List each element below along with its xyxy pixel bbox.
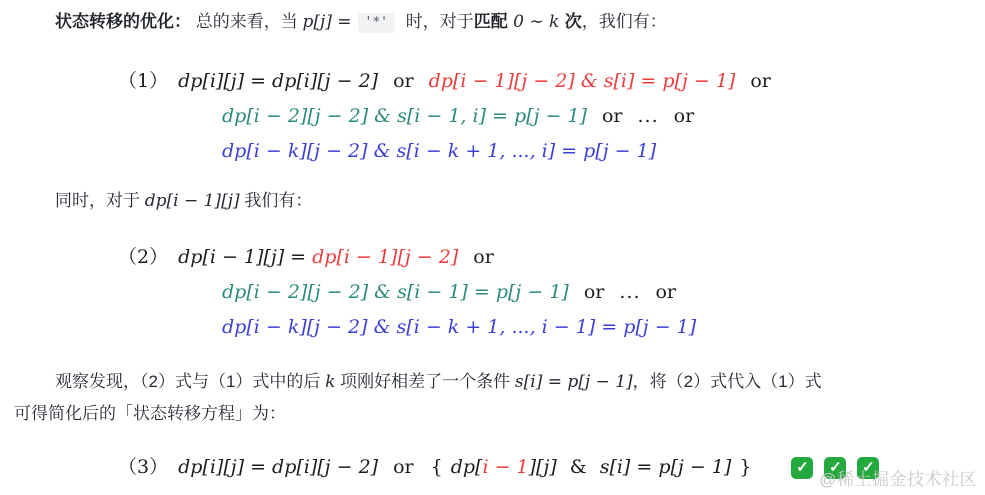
para1-math-pj: p[j] = <box>302 12 351 32</box>
para1-bold-match: 匹配 <box>474 12 508 31</box>
formula-1-term-red: dp[i − 1][j − 2] & s[i] = p[j − 1] <box>429 70 736 92</box>
paragraph-meanwhile: 同时，对于 dp[i − 1][j] 我们有： <box>14 189 971 213</box>
formula-3-dp-close: ][j] <box>529 456 557 478</box>
formula-2-term-blue: dp[i − k][j − 2] & s[i − k + 1, ..., i −… <box>222 316 696 338</box>
paragraph-observation: 观察发现，（2）式与（1）式中的后 k 项刚好相差了一个条件 s[i] = p[… <box>14 366 971 430</box>
formula-2-line-3: dp[i − k][j − 2] & s[i − k + 1, ..., i −… <box>222 310 971 345</box>
formula-1-line-3: dp[i − k][j − 2] & s[i − k + 1, ..., i] … <box>222 134 971 169</box>
open-brace: { <box>431 456 443 478</box>
inline-code-star: '*' <box>358 13 395 33</box>
formula-2: （2）dp[i − 1][j] = dp[i − 1][j − 2]or dp[… <box>14 240 971 345</box>
formula-2-line-1: （2）dp[i − 1][j] = dp[i − 1][j − 2]or <box>118 240 971 275</box>
para1-bold-times: 次 <box>565 12 582 31</box>
para1-text-2: 时，对于 <box>401 12 474 31</box>
or-word: or <box>584 281 605 303</box>
formula-1-term-black: dp[i][j] = dp[i][j − 2] <box>178 70 378 92</box>
or-word: or <box>393 70 414 92</box>
formula-2-term-red: dp[i − 1][j − 2] <box>312 246 458 268</box>
formula-2-term-teal: dp[i − 2][j − 2] & s[i − 1] = p[j − 1] <box>222 281 569 303</box>
para3-math-cond: s[i] = p[j − 1] <box>515 372 633 392</box>
formula-1-line-2: dp[i − 2][j − 2] & s[i − 1, i] = p[j − 1… <box>222 99 971 134</box>
formula-1: （1）dp[i][j] = dp[i][j − 2]ordp[i − 1][j … <box>14 64 971 169</box>
formula-1-term-teal: dp[i − 2][j − 2] & s[i − 1, i] = p[j − 1… <box>222 105 587 127</box>
or-word: or <box>393 456 414 478</box>
ellipsis: ... <box>638 105 659 127</box>
para1-math-0k: 0 ∼ k <box>508 12 565 32</box>
ampersand: & <box>570 456 587 478</box>
formula-2-line-2: dp[i − 2][j − 2] & s[i − 1] = p[j − 1]or… <box>222 275 971 310</box>
article-content: 状态转移的优化： 总的来看，当 p[j] ='*' 时，对于匹配 0 ∼ k 次… <box>0 0 985 485</box>
para3-text-1: 观察发现，（2）式与（1）式中的后 <box>55 372 325 391</box>
formula-3-label: （3） <box>118 456 168 478</box>
para1-text-1: 总的来看，当 <box>191 12 302 31</box>
formula-3: （3）dp[i][j] = dp[i][j − 2]or{dp[i − 1][j… <box>118 450 751 485</box>
para2-text-2: 我们有： <box>240 191 313 210</box>
paragraph-intro: 状态转移的优化： 总的来看，当 p[j] ='*' 时，对于匹配 0 ∼ k 次… <box>14 10 971 34</box>
para3-text-3: ，将（2）式代入（1）式 <box>633 372 822 391</box>
para1-bold-lead: 状态转移的优化： <box>55 12 191 31</box>
formula-1-label: （1） <box>118 70 168 92</box>
site-watermark: @稀土掘金技术社区 <box>819 465 977 490</box>
ellipsis: ... <box>619 281 640 303</box>
formula-2-label: （2） <box>118 246 168 268</box>
para3-line-2: 可得简化后的「状态转移方程」为： <box>14 404 286 423</box>
check-icon: ✓ <box>791 457 813 479</box>
para2-math-dp: dp[i − 1][j] <box>145 191 240 211</box>
or-word: or <box>473 246 494 268</box>
close-brace: } <box>739 456 751 478</box>
or-word: or <box>655 281 676 303</box>
formula-3-term-black: dp[i][j] = dp[i][j − 2] <box>178 456 378 478</box>
formula-1-line-1: （1）dp[i][j] = dp[i][j − 2]ordp[i − 1][j … <box>118 64 971 99</box>
or-word: or <box>750 70 771 92</box>
formula-1-term-blue: dp[i − k][j − 2] & s[i − k + 1, ..., i] … <box>222 140 656 162</box>
formula-2-term-black: dp[i − 1][j] = <box>178 246 312 268</box>
or-word: or <box>602 105 623 127</box>
para1-text-3: ，我们有： <box>582 12 667 31</box>
para3-text-2: 项刚好相差了一个条件 <box>335 372 514 391</box>
para2-text-1: 同时，对于 <box>55 191 145 210</box>
formula-3-dp-open: dp[ <box>451 456 483 478</box>
formula-3-red-index: i − 1 <box>482 456 528 478</box>
or-word: or <box>674 105 695 127</box>
para3-math-k: k <box>325 372 335 392</box>
formula-3-condition: s[i] = p[j − 1] <box>600 456 732 478</box>
